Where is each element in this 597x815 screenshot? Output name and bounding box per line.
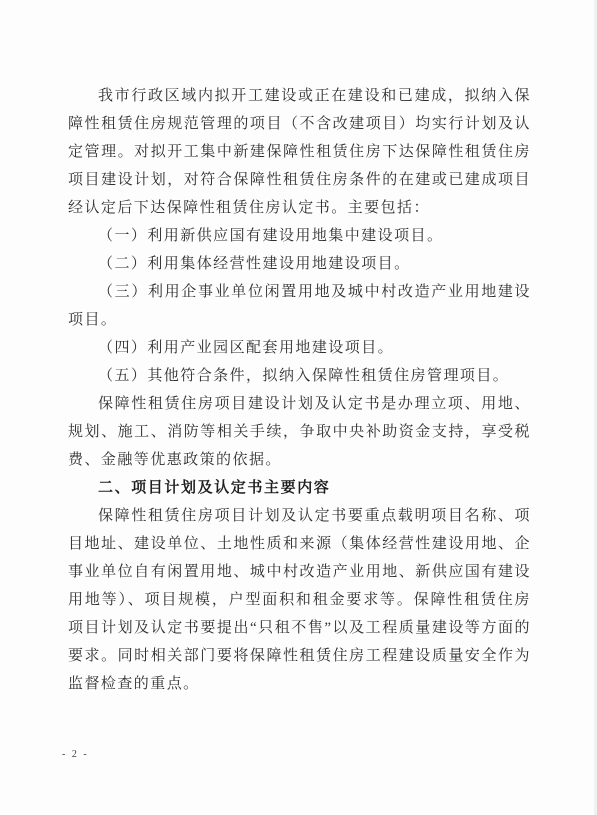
list-item: （四）利用产业园区配套用地建设项目。 (68, 334, 531, 362)
document-body: 我市行政区域内拟开工建设或正在建设和已建成，拟纳入保障性租赁住房规范管理的项目（… (68, 82, 531, 698)
page-number: - 2 - (62, 748, 89, 762)
body-paragraph: 保障性租赁住房项目建设计划及认定书是办理立项、用地、规划、施工、消防等相关手续，… (68, 390, 531, 474)
body-paragraph: 我市行政区域内拟开工建设或正在建设和已建成，拟纳入保障性租赁住房规范管理的项目（… (68, 82, 531, 222)
list-item: （五）其他符合条件，拟纳入保障性租赁住房管理项目。 (68, 362, 531, 390)
list-item: （一）利用新供应国有建设用地集中建设项目。 (68, 222, 531, 250)
list-item: （二）利用集体经营性建设用地建设项目。 (68, 250, 531, 278)
list-item: （三）利用企事业单位闲置用地及城中村改造产业用地建设项目。 (68, 278, 531, 334)
document-page: 我市行政区域内拟开工建设或正在建设和已建成，拟纳入保障性租赁住房规范管理的项目（… (0, 0, 597, 815)
section-heading: 二、项目计划及认定书主要内容 (68, 474, 531, 502)
body-paragraph: 保障性租赁住房项目计划及认定书要重点载明项目名称、项目地址、建设单位、土地性质和… (68, 502, 531, 698)
